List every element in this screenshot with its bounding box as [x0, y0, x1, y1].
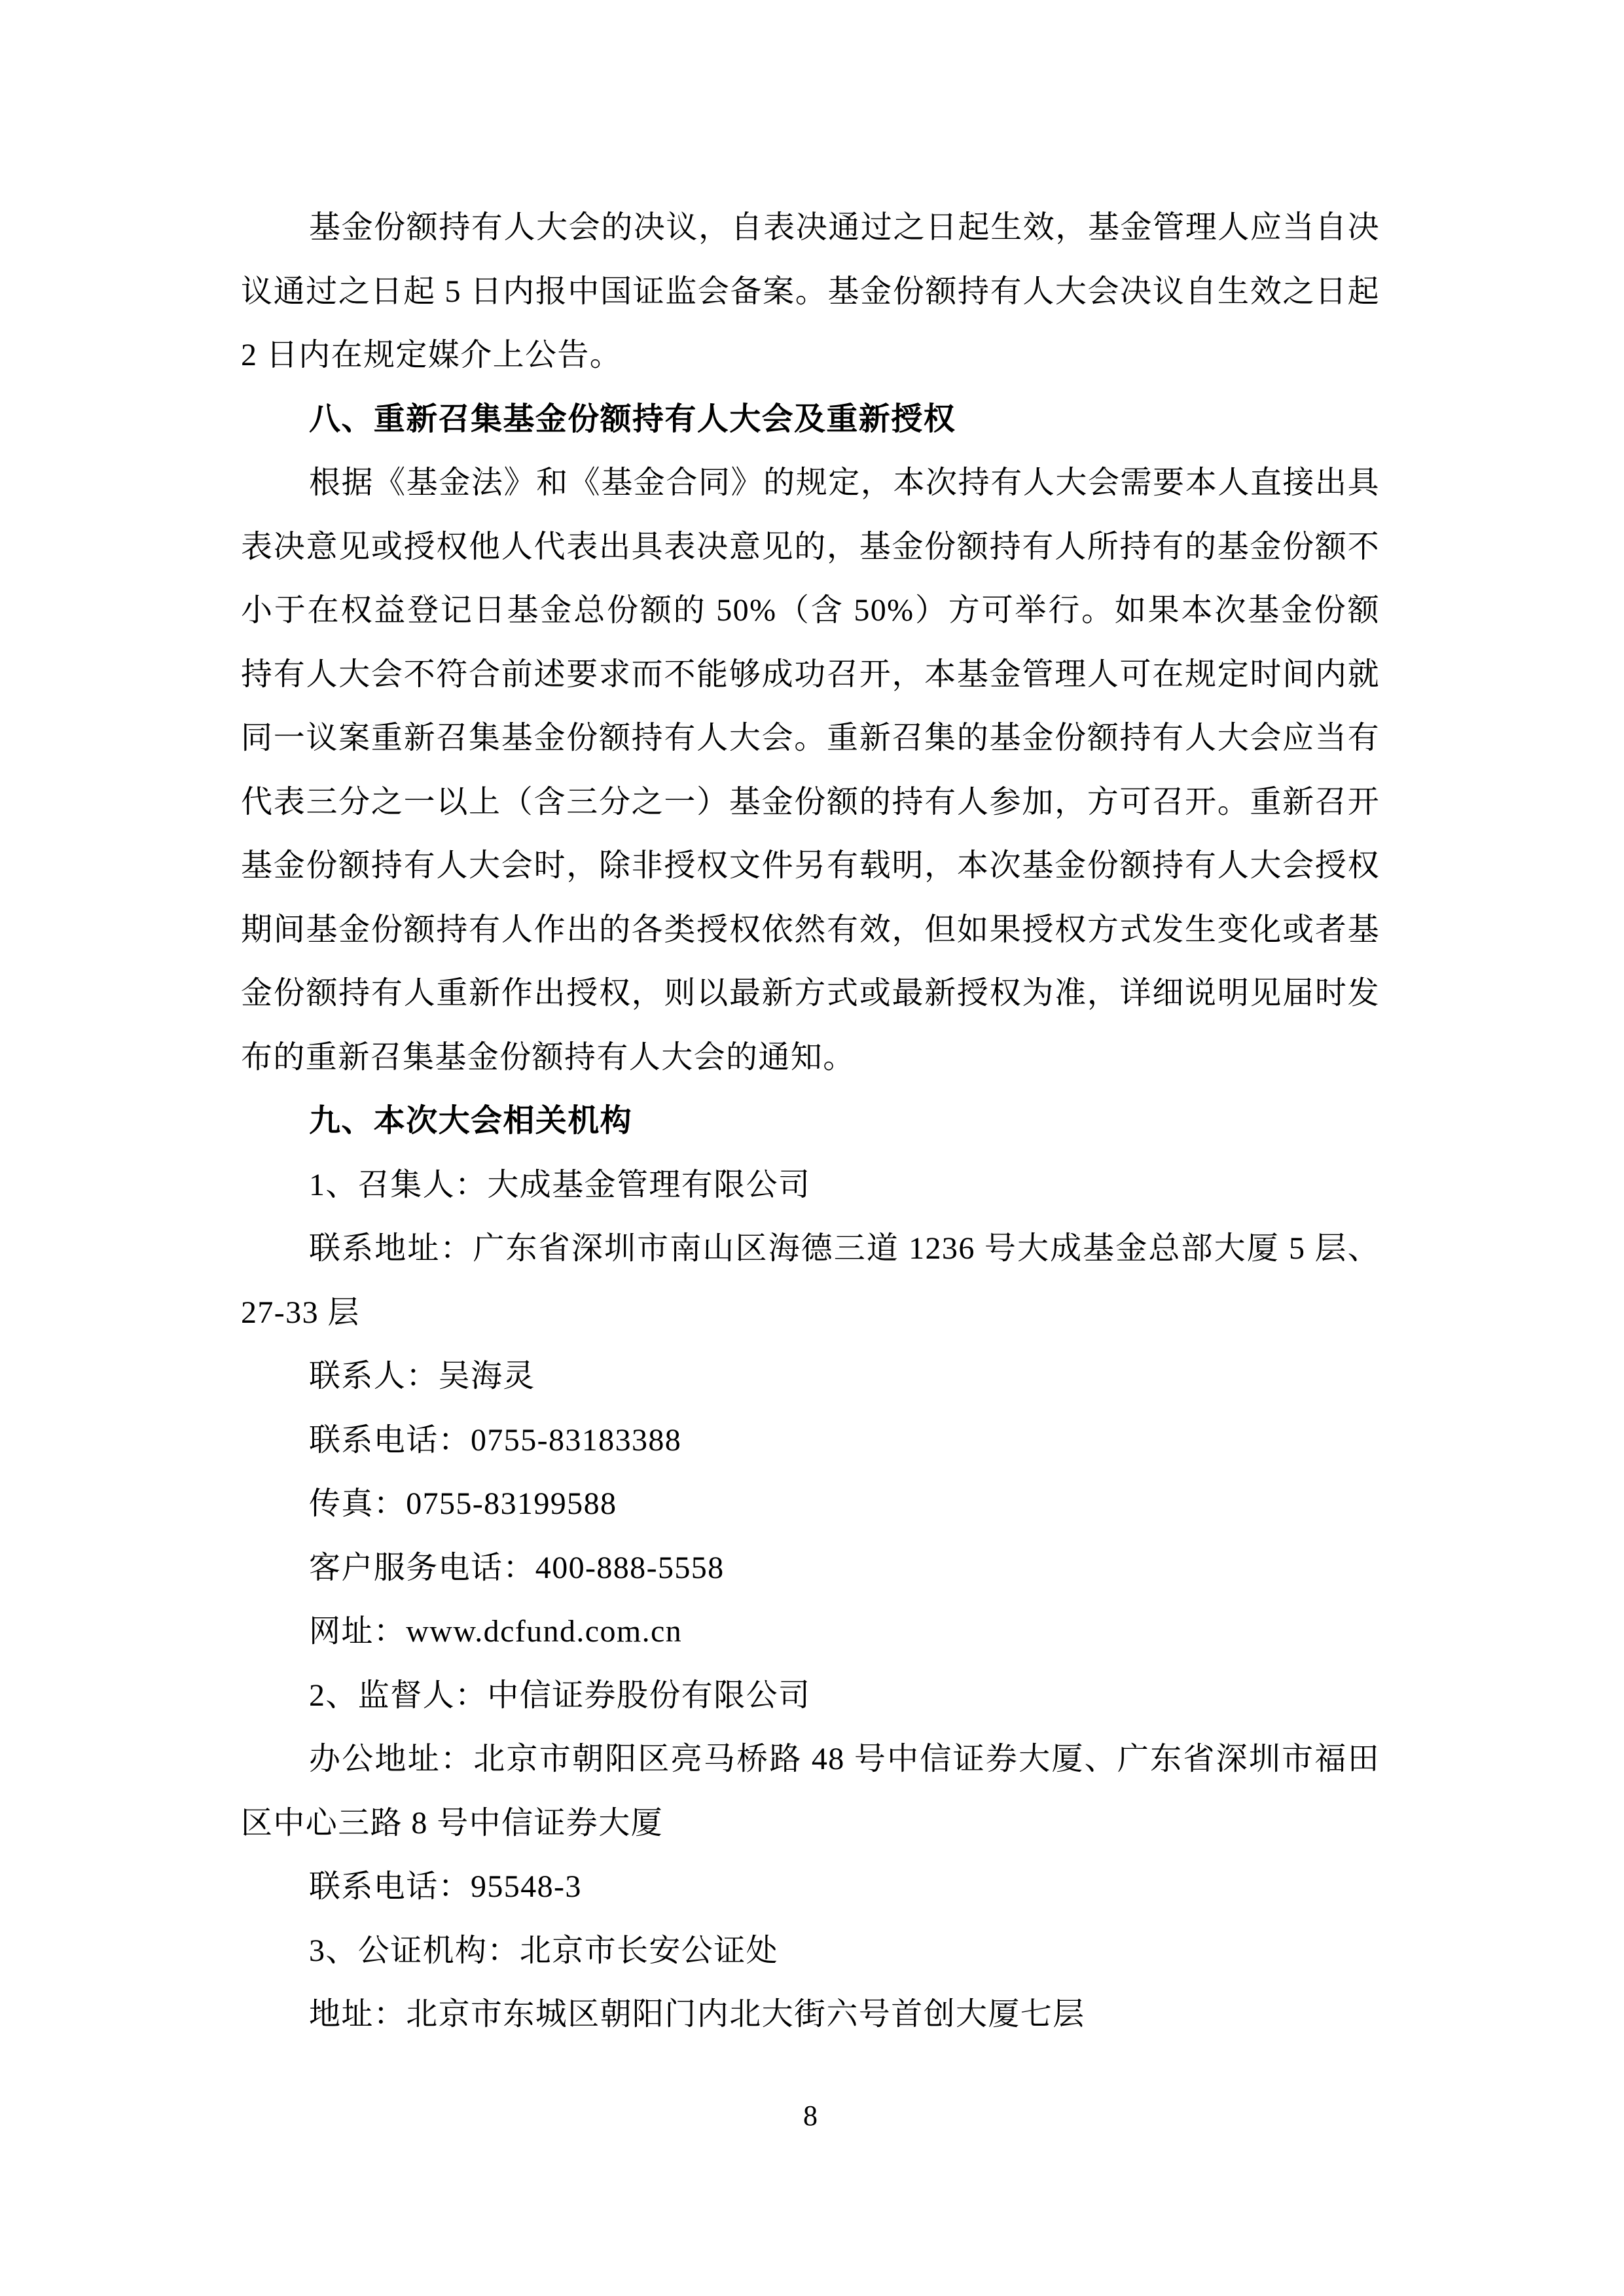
page-number: 8: [241, 2093, 1380, 2139]
item-notary-office: 3、公证机构：北京市长安公证处: [241, 1919, 1380, 1983]
section-heading-8: 八、重新召集基金份额持有人大会及重新授权: [241, 387, 1380, 452]
paragraph-reconvene-rules: 根据《基金法》和《基金合同》的规定，本次持有人大会需要本人直接出具表决意见或授权…: [241, 451, 1380, 1089]
section-heading-9: 九、本次大会相关机构: [241, 1089, 1380, 1153]
item-contact-person: 联系人：吴海灵: [241, 1344, 1380, 1408]
item-notary-address: 地址：北京市东城区朝阳门内北大街六号首创大厦七层: [241, 1982, 1380, 2047]
item-supervisor: 2、监督人：中信证券股份有限公司: [241, 1664, 1380, 1728]
item-website: 网址：www.dcfund.com.cn: [241, 1600, 1380, 1664]
item-contact-address: 联系地址：广东省深圳市南山区海德三道 1236 号大成基金总部大厦 5 层、27…: [241, 1217, 1380, 1344]
item-contact-phone: 联系电话：0755-83183388: [241, 1408, 1380, 1473]
item-supervisor-office-address: 办公地址：北京市朝阳区亮马桥路 48 号中信证券大厦、广东省深圳市福田区中心三路…: [241, 1727, 1380, 1855]
text-body: 基金份额持有人大会的决议，自表决通过之日起生效，基金管理人应当自决议通过之日起 …: [241, 196, 1380, 2047]
item-supervisor-phone: 联系电话：95548-3: [241, 1855, 1380, 1919]
document-page: 基金份额持有人大会的决议，自表决通过之日起生效，基金管理人应当自决议通过之日起 …: [0, 0, 1624, 2296]
item-customer-service-phone: 客户服务电话：400-888-5558: [241, 1536, 1380, 1600]
paragraph-resolution-effectiveness: 基金份额持有人大会的决议，自表决通过之日起生效，基金管理人应当自决议通过之日起 …: [241, 196, 1380, 387]
item-fax-number: 传真：0755-83199588: [241, 1472, 1380, 1536]
item-convener: 1、召集人：大成基金管理有限公司: [241, 1153, 1380, 1217]
